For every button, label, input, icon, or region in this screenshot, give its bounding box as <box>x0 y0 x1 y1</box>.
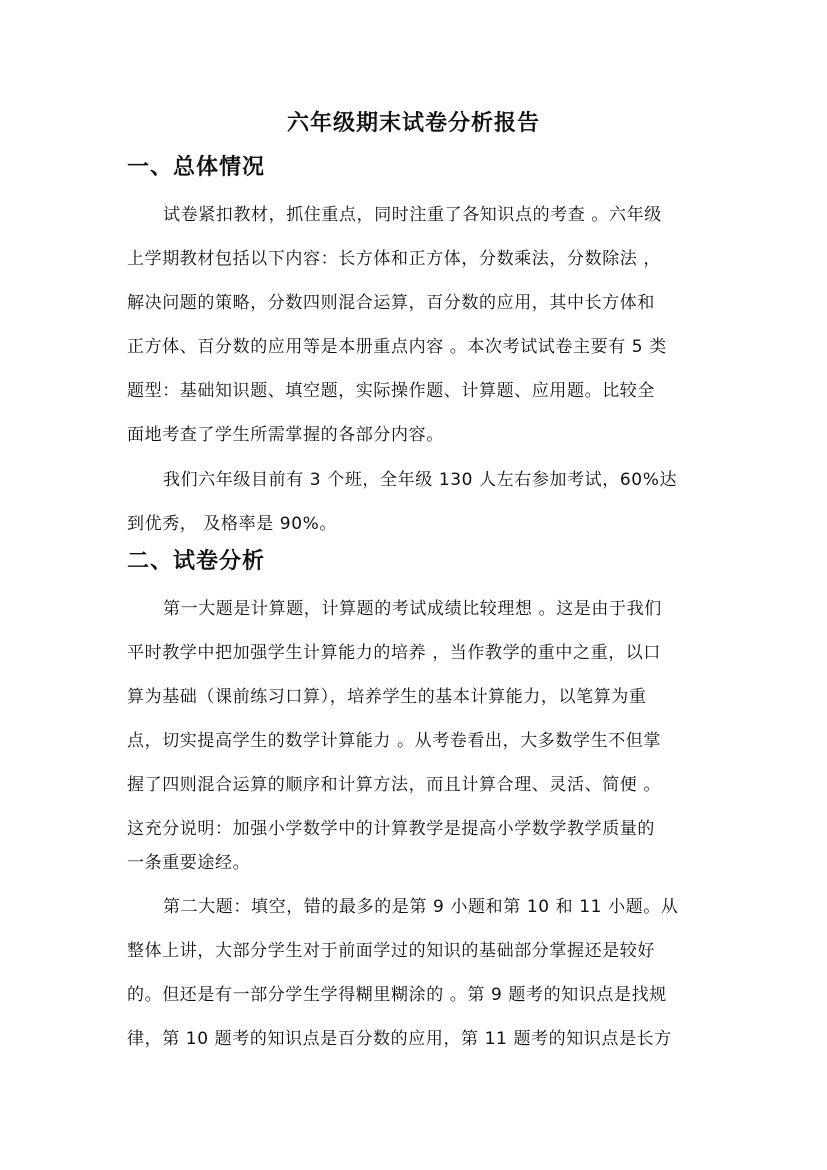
paragraph-line: 解决问题的策略，分数四则混合运算，百分数的应用，其中长方体和 <box>127 288 707 313</box>
paragraph-line: 我们六年级目前有 3 个班，全年级 130 人左右参加考试，60%达 <box>163 465 743 490</box>
paragraph-line: 到优秀， 及格率是 90%。 <box>127 509 707 534</box>
paragraph-line: 上学期教材包括以下内容：长方体和正方体，分数乘法，分数除法 ， <box>127 244 707 269</box>
paragraph-line: 试卷紧扣教材，抓住重点，同时注重了各知识点的考查 。六年级 <box>163 200 743 225</box>
paragraph-line: 第一大题是计算题，计算题的考试成绩比较理想 。这是由于我们 <box>163 594 743 619</box>
paragraph-line: 平时教学中把加强学生计算能力的培养 ，当作教学的重中之重，以口 <box>127 638 707 663</box>
paragraph-line: 一条重要途经。 <box>127 848 707 873</box>
section-heading-analysis: 二、试卷分析 <box>127 544 265 575</box>
paragraph-line: 面地考查了学生所需掌握的各部分内容。 <box>127 420 707 445</box>
paragraph-line: 算为基础（课前练习口算），培养学生的基本计算能力，以笔算为重 <box>127 682 707 707</box>
paragraph-line: 的。但还是有一部分学生学得糊里糊涂的 。第 9 题考的知识点是找规 <box>127 980 707 1005</box>
paragraph-line: 整体上讲，大部分学生对于前面学过的知识的基础部分掌握还是较好 <box>127 936 707 961</box>
paragraph-line: 正方体、百分数的应用等是本册重点内容 。本次考试试卷主要有 5 类 <box>127 332 707 357</box>
document-page: 六年级期末试卷分析报告 一、总体情况 试卷紧扣教材，抓住重点，同时注重了各知识点… <box>0 0 827 1170</box>
paragraph-line: 这充分说明：加强小学数学中的计算教学是提高小学数学教学质量的 <box>127 814 707 839</box>
paragraph-line: 第二大题：填空，错的最多的是第 9 小题和第 10 和 11 小题。从 <box>163 892 743 917</box>
paragraph-line: 点，切实提高学生的数学计算能力 。从考卷看出，大多数学生不但掌 <box>127 726 707 751</box>
section-heading-overview: 一、总体情况 <box>127 150 265 181</box>
paragraph-line: 握了四则混合运算的顺序和计算方法，而且计算合理、灵活、简便 。 <box>127 770 707 795</box>
paragraph-line: 题型：基础知识题、填空题，实际操作题、计算题、应用题。比较全 <box>127 376 707 401</box>
paragraph-line: 律，第 10 题考的知识点是百分数的应用，第 11 题考的知识点是长方 <box>127 1024 707 1049</box>
document-title: 六年级期末试卷分析报告 <box>0 106 827 137</box>
